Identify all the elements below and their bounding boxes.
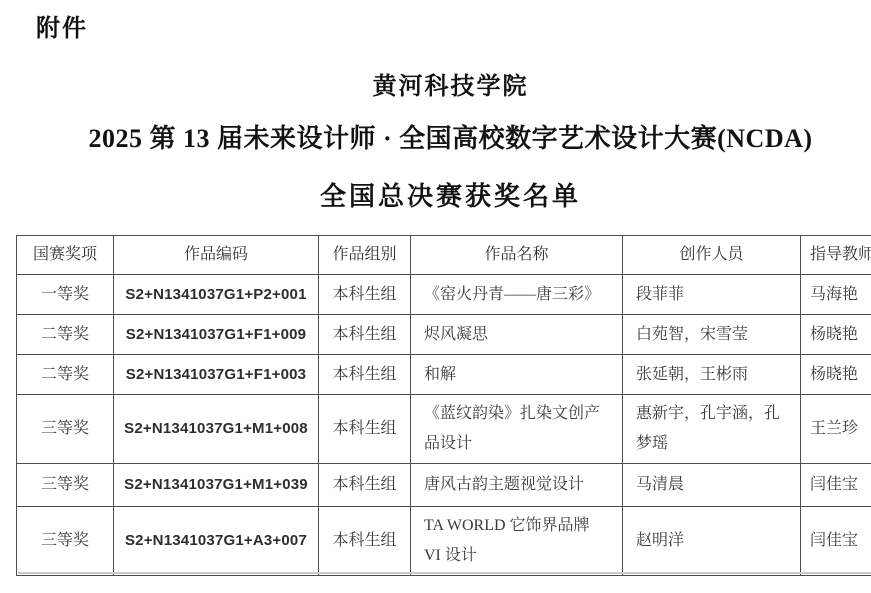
cell-group: 本科生组 [319, 275, 411, 315]
cell-group: 本科生组 [319, 355, 411, 395]
cell-advisor: 闫佳宝 [801, 464, 871, 507]
cell-creators: 白苑智，宋雪莹 [623, 315, 801, 355]
table-bottom-shadow-line [18, 572, 871, 574]
table-row: 一等奖S2+N1341037G1+P2+001本科生组《窑火丹青——唐三彩》段菲… [17, 275, 871, 315]
cell-advisor: 杨晓艳 [801, 315, 871, 355]
cell-award: 一等奖 [17, 275, 114, 315]
cell-creators: 张延朝，王彬雨 [623, 355, 801, 395]
table-row: 三等奖S2+N1341037G1+M1+039本科生组唐风古韵主题视觉设计马清晨… [17, 464, 871, 507]
column-header: 国赛奖项 [17, 236, 114, 275]
cell-award: 三等奖 [17, 464, 114, 507]
cell-group: 本科生组 [319, 315, 411, 355]
cell-code: S2+N1341037G1+F1+003 [114, 355, 319, 395]
attachment-label: 附件 [36, 8, 88, 43]
cell-group: 本科生组 [319, 507, 411, 576]
cell-award: 二等奖 [17, 355, 114, 395]
cell-advisor: 闫佳宝 [801, 507, 871, 576]
document-page: 附件 黄河科技学院 2025 第 13 届未来设计师 · 全国高校数字艺术设计大… [0, 0, 871, 593]
cell-award: 三等奖 [17, 395, 114, 464]
cell-creators: 惠新宇，孔宇涵，孔梦瑶 [623, 395, 801, 464]
cell-award: 三等奖 [17, 507, 114, 576]
cell-code: S2+N1341037G1+M1+039 [114, 464, 319, 507]
column-header: 作品组别 [319, 236, 411, 275]
cell-creators: 赵明洋 [623, 507, 801, 576]
cell-work: TA WORLD 它饰界品牌 VI 设计 [411, 507, 623, 576]
column-header: 作品编码 [114, 236, 319, 275]
competition-title: 2025 第 13 届未来设计师 · 全国高校数字艺术设计大赛(NCDA) [0, 118, 871, 155]
cell-work: 唐风古韵主题视觉设计 [411, 464, 623, 507]
table-header-row: 国赛奖项作品编码作品组别作品名称创作人员指导教师 [17, 236, 871, 275]
column-header: 创作人员 [623, 236, 801, 275]
cell-work: 和解 [411, 355, 623, 395]
cell-group: 本科生组 [319, 464, 411, 507]
table-body: 一等奖S2+N1341037G1+P2+001本科生组《窑火丹青——唐三彩》段菲… [17, 275, 871, 576]
table-row: 二等奖S2+N1341037G1+F1+003本科生组和解张延朝，王彬雨杨晓艳 [17, 355, 871, 395]
award-list-title: 全国总决赛获奖名单 [0, 176, 871, 213]
cell-creators: 马清晨 [623, 464, 801, 507]
cell-award: 二等奖 [17, 315, 114, 355]
column-header: 作品名称 [411, 236, 623, 275]
cell-creators: 段菲菲 [623, 275, 801, 315]
school-title: 黄河科技学院 [0, 66, 871, 101]
cell-code: S2+N1341037G1+M1+008 [114, 395, 319, 464]
cell-advisor: 马海艳 [801, 275, 871, 315]
cell-code: S2+N1341037G1+P2+001 [114, 275, 319, 315]
table-row: 三等奖S2+N1341037G1+M1+008本科生组《蓝纹韵染》扎染文创产品设… [17, 395, 871, 464]
column-header: 指导教师 [801, 236, 871, 275]
cell-advisor: 王兰珍 [801, 395, 871, 464]
cell-advisor: 杨晓艳 [801, 355, 871, 395]
cell-work: 《窑火丹青——唐三彩》 [411, 275, 623, 315]
award-table: 国赛奖项作品编码作品组别作品名称创作人员指导教师 一等奖S2+N1341037G… [16, 235, 871, 576]
cell-work: 烬风凝思 [411, 315, 623, 355]
cell-work: 《蓝纹韵染》扎染文创产品设计 [411, 395, 623, 464]
cell-group: 本科生组 [319, 395, 411, 464]
table-row: 二等奖S2+N1341037G1+F1+009本科生组烬风凝思白苑智，宋雪莹杨晓… [17, 315, 871, 355]
cell-code: S2+N1341037G1+F1+009 [114, 315, 319, 355]
table-row: 三等奖S2+N1341037G1+A3+007本科生组TA WORLD 它饰界品… [17, 507, 871, 576]
cell-code: S2+N1341037G1+A3+007 [114, 507, 319, 576]
